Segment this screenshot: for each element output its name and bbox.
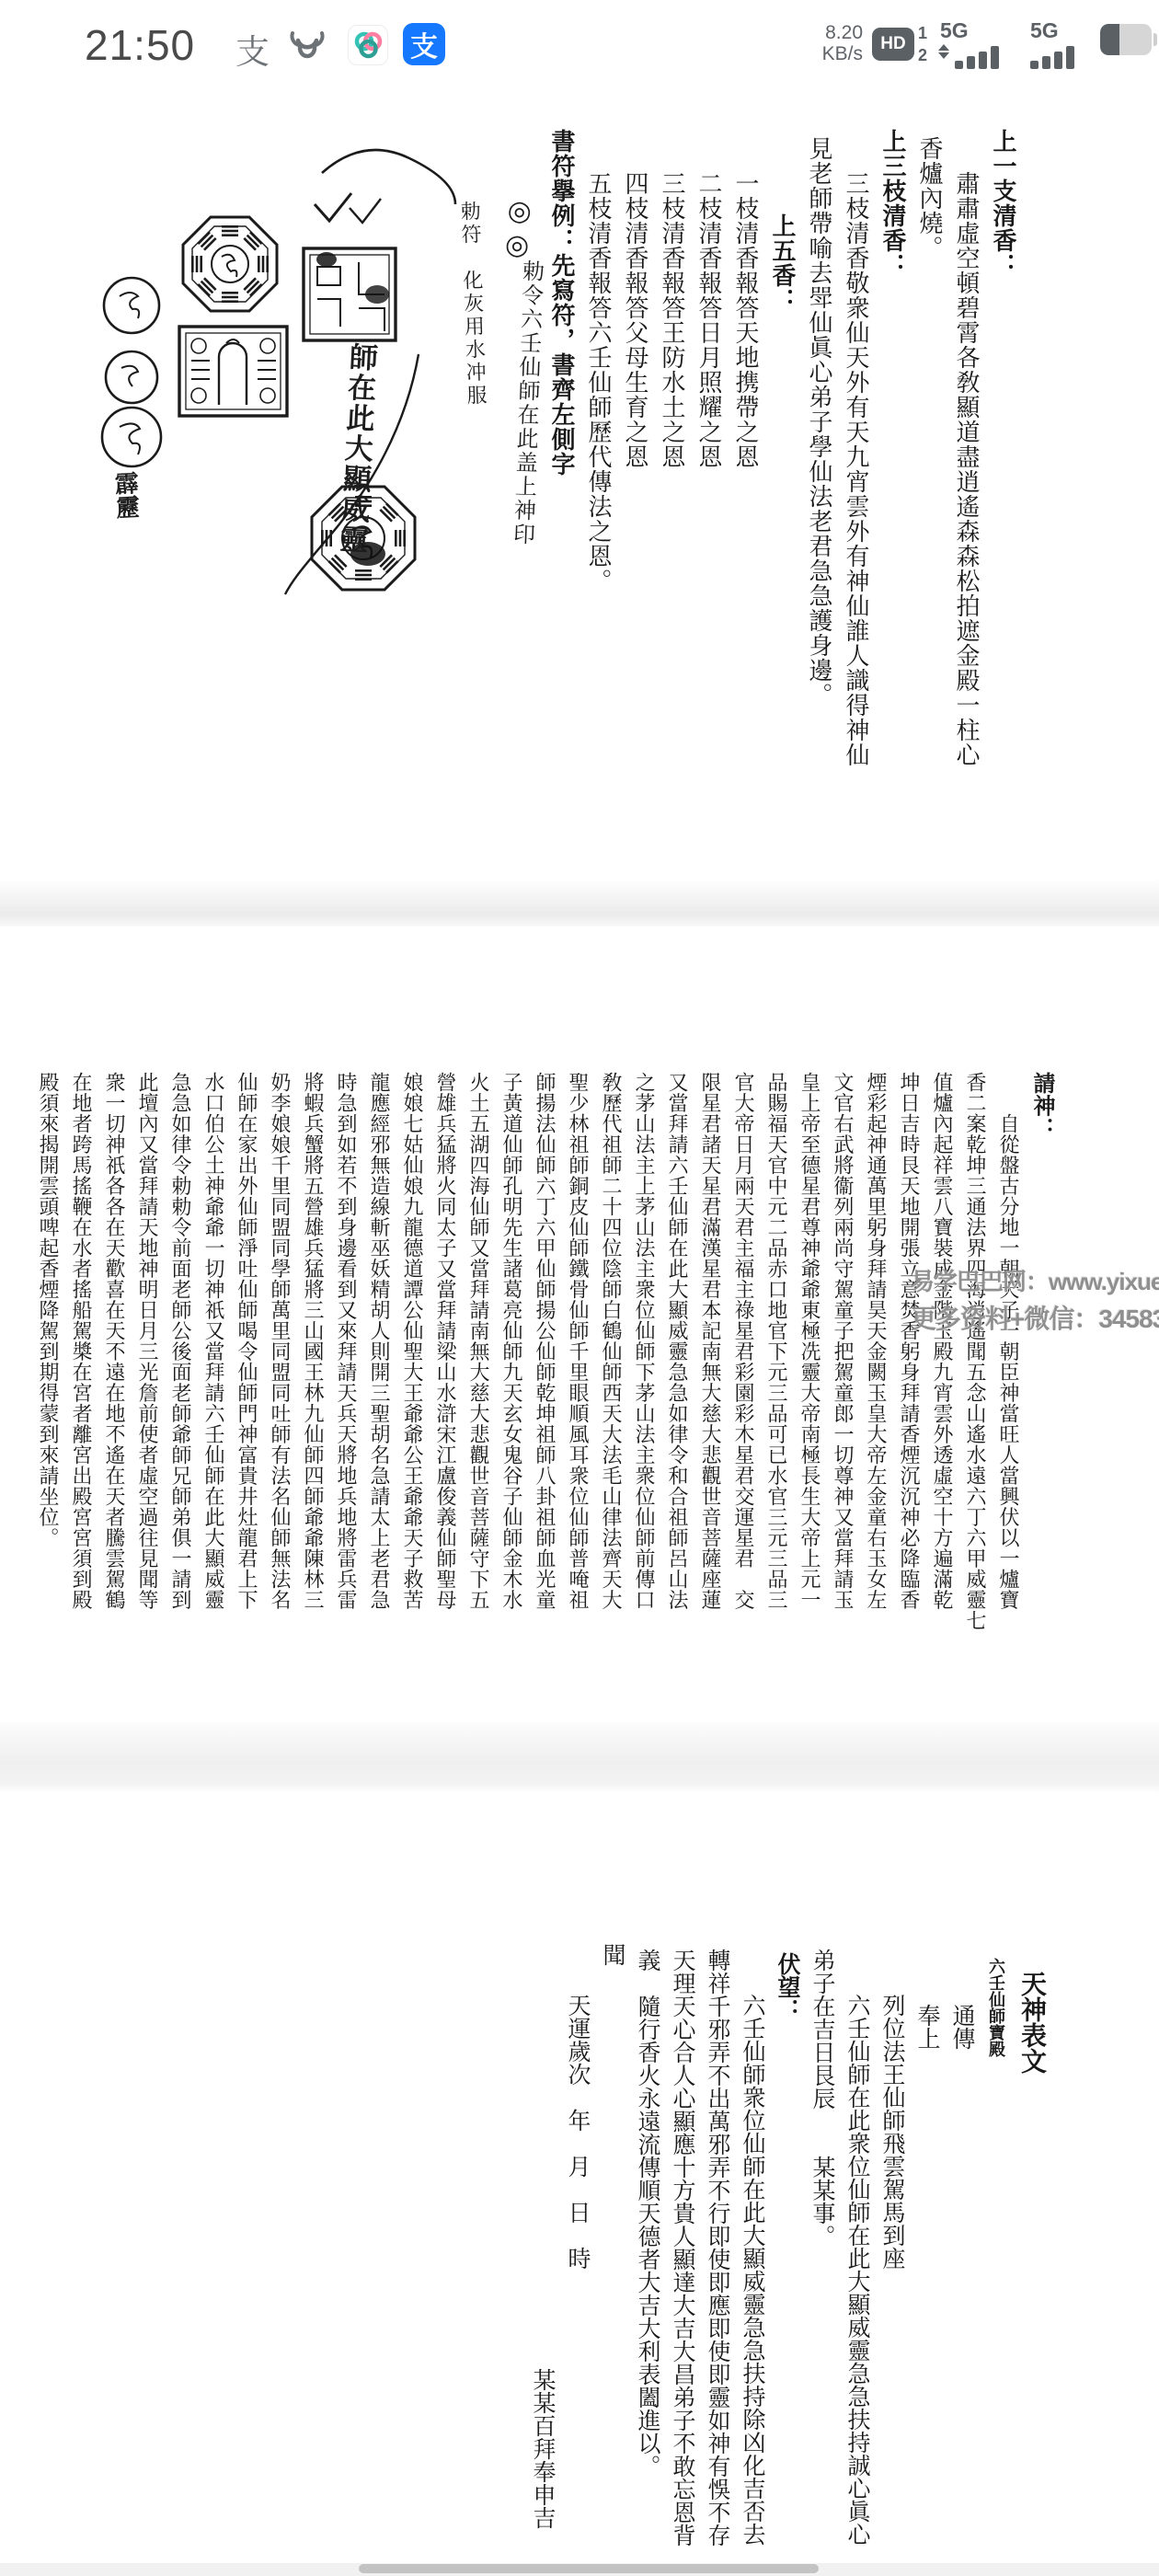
page-separator — [0, 1722, 1159, 1794]
alipay-app-icon: 支 — [403, 23, 445, 65]
text-column: 將蝦兵蟹將五營雄兵猛將三山國王林九仙師四師爺爺陳林三 — [296, 1072, 329, 1670]
text-column: 龍應經邪無造線斬巫妖精胡人則開三聖胡名急請太上老君急 — [362, 1072, 396, 1670]
text-column: 又當拜請六壬仙師在此大顯威靈急急如律令和合祖師呂山法 — [660, 1072, 694, 1670]
text-column: 見老師帶喻去斝仙眞心弟子學仙法老君急急護身邊。 — [800, 129, 837, 865]
text-column: 六壬仙師在此衆位仙師在此大顯威靈急急扶持誠心眞心 — [839, 1943, 874, 2550]
text-column: 娘娘七姑仙娘九龍德道譚公仙聖大王爺爺公王爺爺天子救苦 — [396, 1072, 429, 1670]
bull-icon — [287, 26, 327, 71]
text-column: 四枝清香報答父母生育之恩 — [616, 129, 653, 865]
watermark-site: 易学巴巴网：www.yixue88.cn — [911, 1263, 1159, 1297]
page2-text-block: 請神：自從盤古分地一朝天子一朝臣神當旺人當興伏以一爐寶香二案乾坤三通法界四海逍遙… — [31, 1072, 1058, 1670]
tri-circles-app-icon — [348, 25, 388, 65]
text-column: 肅肅虛空頓碧霄各敎顯道盡逍遙森森松拍遮金殿一柱心 — [947, 129, 984, 865]
text-column: 文官右武將衞列兩尚守駕童子把駕童郎一切尊神又當拜請玉 — [826, 1072, 859, 1670]
text-column: 之茅山法主上茅山法主衆位仙師下茅山法主衆位仙師前傳口 — [627, 1072, 660, 1670]
text-column: 三枝清香敬衆仙天外有天九宵雲外有神仙誰人識得神仙 — [837, 129, 874, 865]
watermark-wechat: 更多资料+微信：3458344044 — [911, 1299, 1159, 1336]
watermark: 易学巴巴网：www.yixue88.cn 更多资料+微信：3458344044 — [911, 1263, 1159, 1336]
text-column: 此壇內又當拜請天地神明日月三光詹前使者虛空過往見聞等 — [131, 1072, 164, 1670]
text-column: 時急到如若不到身邊看到又來拜請天兵天將地兵地將雷兵雷 — [329, 1072, 362, 1670]
text-column: 某某百拜奉申吉 — [524, 1943, 559, 2550]
text-column: 品賜福天官中元二品赤口地官下元三品可已水官三元三品三 — [760, 1072, 793, 1670]
signal-sim2: 5G — [1030, 20, 1074, 69]
text-column: 子黃道仙師孔明先生諸葛亮仙師九天玄女鬼谷子仙師金木水 — [495, 1072, 528, 1670]
text-column: 書符擧例：先寫符，書齊左側字 — [543, 129, 579, 865]
text-column: 天運歲次 年 月 日 時 — [559, 1943, 594, 2550]
battery-icon — [1100, 24, 1152, 55]
battery-nub-icon — [1153, 33, 1157, 46]
stamp-circles: ◎◎ — [499, 194, 536, 264]
text-column: 轉祥千邪弄不出萬邪弄不行即使即應即使即靈如神有悞不存 — [699, 1943, 734, 2550]
text-column: 上一支清香： — [984, 129, 1021, 865]
page3-text-block: 天神表文六壬仙師寶殿通傳奉上列位法王仙師飛雲駕馬到座六壬仙師在此衆位仙師在此大顯… — [524, 1943, 1049, 2550]
brush-swirls — [315, 150, 455, 223]
text-column: 官大帝日月兩天君主福主祿星君彩園彩木星君交運星君 交 — [727, 1072, 760, 1670]
text-column: 六壬仙師寶殿 — [979, 1943, 1014, 2550]
document-page-2: 請神：自從盤古分地一朝天子一朝臣神當旺人當興伏以一爐寶香二案乾坤三通法界四海逍遙… — [0, 926, 1159, 1722]
page1-text-block: 上一支清香：肅肅虛空頓碧霄各敎顯道盡逍遙森森松拍遮金殿一柱心香爐內燒。上三枝清香… — [543, 129, 1021, 865]
text-column: 五枝清香報答六壬仙師歷代傳法之恩。 — [579, 129, 616, 865]
talisman-drawings — [46, 120, 515, 598]
document-page-1: ◎◎ 勅令六壬仙師在此盖上神印 勅符 化灰用水冲服 師在此大顯威靈 霹靂 上一支… — [0, 92, 1159, 879]
text-column: 殿須來揭開雲頭啤起香煙降駕到期得蒙到來請坐位。 — [31, 1072, 64, 1670]
text-column: 通傳 — [944, 1943, 979, 2550]
text-column: 六壬仙師衆位仙師在此大顯威靈急急扶持除凶化吉否去 — [734, 1943, 769, 2550]
text-column: 在地者跨馬搖鞭在水者搖船駕槳在宮者離宮出殿宮宮須到殿 — [64, 1072, 98, 1670]
text-column: 伏望： — [769, 1943, 804, 2550]
page-separator — [0, 879, 1159, 926]
text-column: 水口伯公土神爺爺一切神祇又當拜請六壬仙師在此大顯威靈 — [197, 1072, 230, 1670]
text-column: 衆一切神祇各各在天歡喜在天不遠在地不遙在天者騰雲駕鶴 — [98, 1072, 131, 1670]
signal-bars-sim2-icon — [1030, 45, 1074, 69]
alipay-notification-icon: 支 — [235, 24, 270, 74]
text-column: 奶李娘娘千里同盟同學師萬里同盟同吐師有法名仙師無法名 — [263, 1072, 296, 1670]
text-column: 二枝清香報答日月照耀之恩 — [690, 129, 727, 865]
text-column: 皇上帝至德星君尊神爺爺東極冼靈大帝南極長生大帝上元一 — [793, 1072, 826, 1670]
text-column: 香二案乾坤三通法界四海逍遙聞五念山遙水遠六丁六甲威靈七 — [958, 1072, 992, 1670]
text-column: 仙師在家出外仙師淨吐仙師喝令仙師門神富貴井灶龍君上下 — [230, 1072, 263, 1670]
text-column: 天神表文 — [1014, 1943, 1049, 2550]
text-column: 敎歷代祖師二十四位陰師白鶴仙師西天大法毛山律法齊天大 — [594, 1072, 627, 1670]
text-column: 值爐內起祥雲八寶裝成金階玉殿九宵雲外透虛空十方遍滿乾 — [925, 1072, 958, 1670]
text-column: 營雄兵猛將火同太子又當拜請梁山水滸宋江盧俊義仙師聖母 — [429, 1072, 462, 1670]
network-speed-unit: KB/s — [780, 43, 863, 64]
text-column: 限星君諸天星君滿漢星君本記南無大慈大悲觀世音菩薩座蓮 — [694, 1072, 727, 1670]
horizontal-scrollbar-track — [0, 2563, 1159, 2576]
text-column: 坤日吉時艮天地開張立意焚香躬身拜請香煙沉沉神必降臨香 — [892, 1072, 925, 1670]
clock: 21:50 — [85, 20, 195, 70]
phone-screen: 21:50 支 支 8.20 KB/s HD 1 2 — [0, 0, 1159, 2576]
text-column: 弟子在吉日艮辰 某某事。 — [804, 1943, 839, 2550]
signal-bars-sim1-icon — [955, 45, 999, 69]
text-column: 聞 — [594, 1943, 629, 2550]
round-seals-caption: 霹靂 — [108, 470, 144, 520]
square-seal-right — [304, 248, 396, 340]
text-column: 列位法王仙師飛雲駕馬到座 — [874, 1943, 909, 2550]
round-seals — [102, 278, 161, 466]
document-page-3: 天神表文六壬仙師寶殿通傳奉上列位法王仙師飛雲駕馬到座六壬仙師在此衆位仙師在此大顯… — [0, 1794, 1159, 2565]
volte-hd-icon: HD — [872, 28, 914, 61]
sim2-number: 2 — [918, 44, 927, 66]
sim-numbers: 1 2 — [918, 22, 927, 66]
text-column: 師揚法仙師六丁六甲仙師揚公仙師乾坤祖師八卦祖師血光童 — [528, 1072, 561, 1670]
text-column: 上三枝清香： — [874, 129, 911, 865]
data-activity-arrows-icon — [938, 44, 949, 59]
text-column: 火土五湖四海仙師又當拜請南無大慈大悲觀世音菩薩守下五 — [462, 1072, 495, 1670]
network-type-sim1: 5G — [940, 20, 999, 41]
status-bar: 21:50 支 支 8.20 KB/s HD 1 2 — [0, 0, 1159, 92]
signal-sim1: 5G — [940, 20, 999, 69]
text-column: 自從盤古分地一朝天子一朝臣神當旺人當興伏以一爐寶 — [992, 1072, 1025, 1670]
text-column: 煙彩起神通萬里躬身拜請昊天金闕玉皇大帝左金童右玉女左 — [859, 1072, 892, 1670]
text-column: 急急如律令勅勅令前面老師公後面老師爺師兄師弟俱一請到 — [164, 1072, 197, 1670]
sim1-number: 1 — [918, 22, 927, 44]
network-speed-value: 8.20 — [780, 22, 863, 43]
square-seal-middle — [179, 327, 287, 416]
text-column: 奉上 — [909, 1943, 944, 2550]
network-type-sim2: 5G — [1030, 20, 1074, 41]
network-speed: 8.20 KB/s — [780, 22, 863, 64]
text-column: 上五香： — [763, 129, 800, 865]
text-column: 香爐內燒。 — [911, 129, 947, 865]
text-column: 義 隨行香火永遠流傳順天德者大吉大利表闔進以。 — [629, 1943, 664, 2550]
text-column: 一枝清香報答天地携帶之恩 — [727, 129, 763, 865]
horizontal-scrollbar-thumb[interactable] — [359, 2564, 819, 2573]
text-column: 天理天心合人心顯應十方貴人顯達大吉大昌弟子不敢忘恩背 — [664, 1943, 699, 2550]
text-column: 聖少林祖師銅皮仙師鐵骨仙師千里眼順風耳衆位仙師普唵祖 — [561, 1072, 594, 1670]
text-column: 請神： — [1025, 1072, 1058, 1670]
text-column: 三枝清香報答王防水土之恩 — [653, 129, 690, 865]
